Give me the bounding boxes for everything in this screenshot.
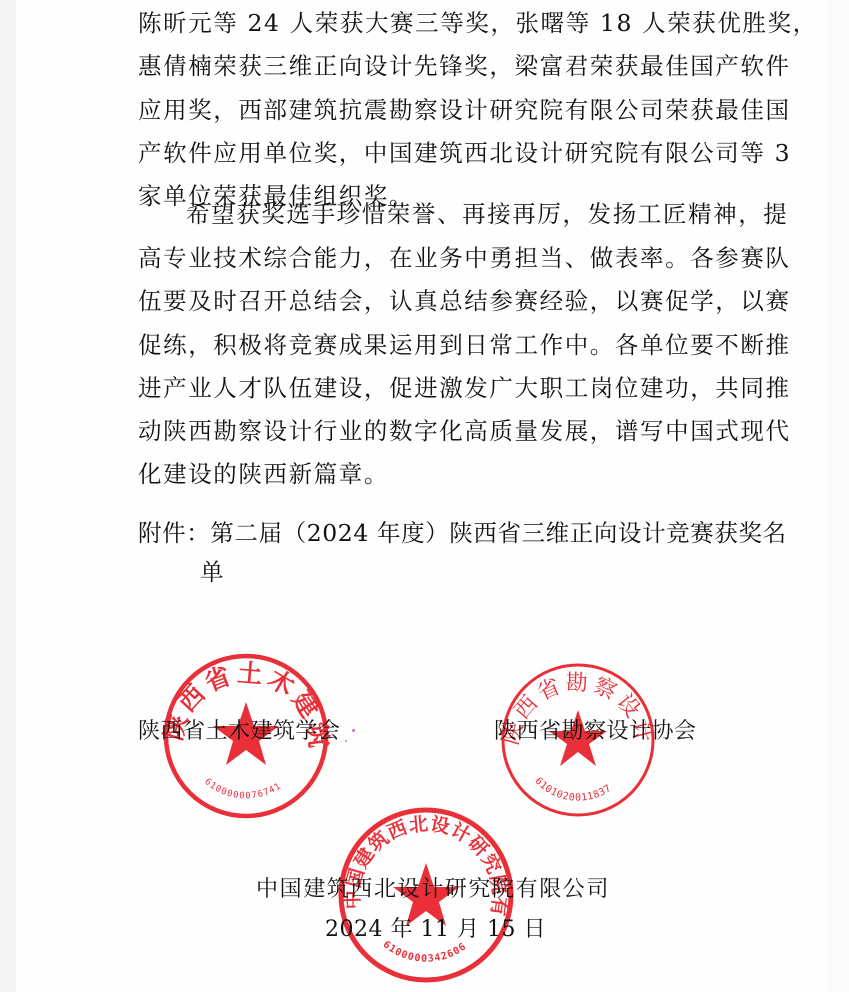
signature-survey-design-association: 陕西省勘察设计协会 [494, 718, 697, 746]
text-line: 应用奖，西部建筑抗震勘察设计研究院有限公司荣获最佳国 [138, 95, 698, 125]
scan-speck [345, 740, 347, 742]
scan-margin-right [827, 0, 849, 992]
text-line: 进产业人才队伍建设，促进激发广大职工岗位建功，共同推 [138, 373, 698, 403]
scan-speck [352, 729, 355, 732]
text-line: 高专业技术综合能力，在业务中勇担当、做表率。各参赛队 [138, 243, 698, 273]
signature-northwest-design-institute: 中国建筑西北设计研究院有限公司 [256, 876, 610, 904]
issue-date: 2024 年 11 月 15 日 [325, 916, 546, 944]
text-line: 陈昕元等 24 人荣获大赛三等奖，张曙等 18 人荣获优胜奖， [138, 8, 698, 38]
scan-margin-left [0, 0, 16, 992]
svg-text:6100000076741: 6100000076741 [202, 777, 283, 802]
text-line: 伍要及时召开总结会，认真总结参赛经验，以赛促学，以赛 [138, 286, 698, 316]
text-line: 化建设的陕西新篇章。 [138, 459, 698, 489]
text-line: 希望获奖选手珍惜荣誉、再接再厉，发扬工匠精神，提 [186, 199, 698, 229]
text-line: 促练，积极将竞赛成果运用到日常工作中。各单位要不断推 [138, 330, 698, 360]
text-line: 产软件应用单位奖，中国建筑西北设计研究院有限公司等 3 [138, 138, 698, 168]
attachment-line: 附件：第二届（2024 年度）陕西省三维正向设计竞赛获奖名 [138, 518, 787, 548]
attachment-line-continued: 单 [200, 557, 224, 587]
text-line: 惠倩楠荣获三维正向设计先锋奖，梁富君荣获最佳国产软件 [138, 51, 698, 81]
text-line: 动陕西勘察设计行业的数字化高质量发展，谱写中国式现代 [138, 416, 698, 446]
svg-text:6101020011837: 6101020011837 [532, 776, 613, 804]
signature-civil-engineering-society: 陕西省土木建筑学会 [138, 718, 341, 746]
